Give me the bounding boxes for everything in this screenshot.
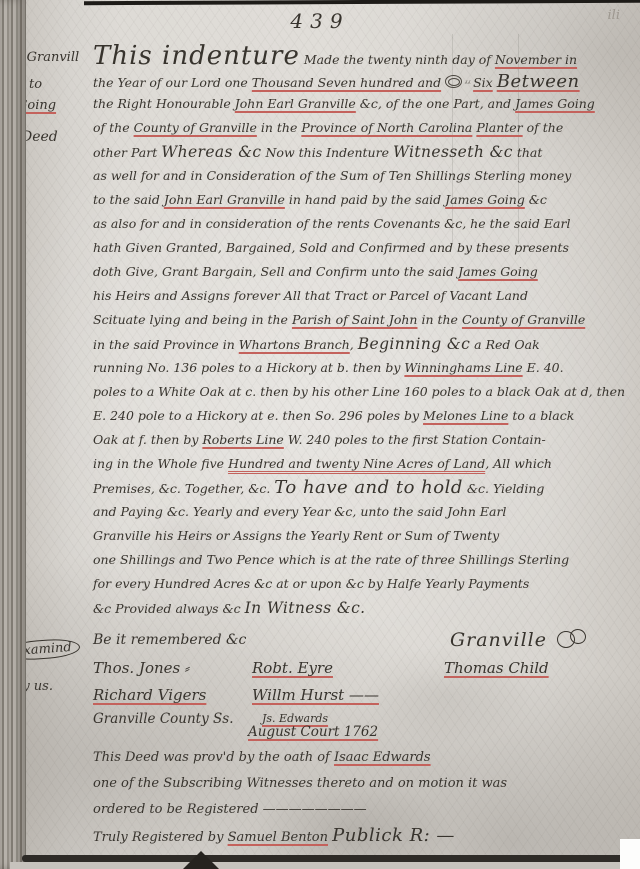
text-run: Thos. Jones ⸗ xyxy=(93,659,190,677)
deed-body-text: This indenture Made the twenty ninth day… xyxy=(93,44,635,620)
text-run: one Shillings and Two Pence which is at … xyxy=(93,552,569,567)
body-line: ing in the Whole five Hundred and twenty… xyxy=(93,452,635,476)
text-run: one of the Subscribing Witnesses thereto… xyxy=(93,776,507,791)
deed-page: 439 ili To GranvilltoGoingDeed This inde… xyxy=(0,0,640,869)
text-run: doth Give, Grant Bargain, Sell and Confi… xyxy=(93,264,458,279)
granville-signature-text: Granville xyxy=(450,625,547,655)
body-line: This indenture Made the twenty ninth day… xyxy=(93,44,635,68)
margin-note-line: Going xyxy=(17,98,89,113)
underlined-phrase: Planter xyxy=(476,120,522,135)
underlined-phrase: Hundred and twenty Nine Acres of Land xyxy=(228,456,485,471)
court-date: August Court 1762 xyxy=(248,725,635,739)
body-line: for every Hundred Acres &c at or upon &c… xyxy=(93,572,635,596)
text-run: Granville his Heirs or Assigns the Yearl… xyxy=(93,528,499,543)
body-line: Granville his Heirs or Assigns the Yearl… xyxy=(93,524,635,548)
text-run: for every Hundred Acres &c at or upon &c… xyxy=(93,576,529,591)
underlined-phrase: Parish of Saint John xyxy=(292,312,418,327)
correction-circle-mark xyxy=(445,75,462,88)
text-run: of the xyxy=(93,120,134,135)
text-run: in the xyxy=(417,312,461,327)
text-run: poles to a White Oak at c. then by his o… xyxy=(93,384,625,399)
body-line: hath Given Granted, Bargained, Sold and … xyxy=(93,236,635,260)
text-run: to xyxy=(29,77,42,92)
text-run: E. 240 pole to a Hickory at e. then So. … xyxy=(93,408,423,423)
text-run: Truly Registered by xyxy=(93,830,228,845)
text-run: This Deed was prov'd by the oath of xyxy=(93,750,334,765)
text-run: Made the twenty ninth day of xyxy=(300,52,495,67)
witness-signature: Thos. Jones ⸗ xyxy=(93,655,248,682)
witness-signature: Willm Hurst —— xyxy=(252,682,440,709)
body-line: and Paying &c. Yearly and every Year &c,… xyxy=(93,500,635,524)
text-run: to a black xyxy=(508,408,574,423)
text-run: &c. Yielding xyxy=(463,481,545,496)
display-word: Publick R: — xyxy=(332,825,455,846)
underlined-phrase: County of Granville xyxy=(462,312,585,327)
text-run: Oak at f. then by xyxy=(93,432,202,447)
underlined-phrase: Samuel Benton xyxy=(228,830,328,845)
underlined-phrase: County of Granville xyxy=(134,120,257,135)
body-line: the Year of our Lord one Thousand Seven … xyxy=(93,68,635,92)
display-word: Whereas &c xyxy=(161,143,261,161)
underlined-phrase: John Earl Granville xyxy=(164,192,285,207)
body-line: &c Provided always &c In Witness &c. xyxy=(93,596,635,620)
text-run: , xyxy=(350,337,358,352)
closing-line: one of the Subscribing Witnesses thereto… xyxy=(93,771,635,797)
body-line: doth Give, Grant Bargain, Sell and Confi… xyxy=(93,260,635,284)
underlined-phrase: Robt. Eyre xyxy=(252,659,333,677)
closing-line: This Deed was prov'd by the oath of Isaa… xyxy=(93,745,635,771)
granville-seal-icon xyxy=(557,629,591,651)
text-run: the Right Honourable xyxy=(93,96,235,111)
text-run: ordered to be Registered ———————— xyxy=(93,802,367,817)
county-label: Granville County Ss. xyxy=(93,711,248,739)
underlined-phrase: James Going xyxy=(515,96,595,111)
empty-cell xyxy=(444,682,635,709)
granville-signature: Granville xyxy=(450,625,591,655)
text-run: Now this Indenture xyxy=(262,145,393,160)
witness-signature: Thomas Child xyxy=(444,655,635,682)
text-run: the Year of our Lord one xyxy=(93,75,252,90)
registration-text: This Deed was prov'd by the oath of Isaa… xyxy=(93,745,635,849)
text-run: his Heirs and Assigns forever All that T… xyxy=(93,288,528,303)
text-run: running No. 136 poles to a Hickory at b.… xyxy=(93,360,404,375)
closing-line: Truly Registered by Samuel Benton Public… xyxy=(93,823,635,849)
text-run: Deed xyxy=(21,129,58,145)
body-line: other Part Whereas &c Now this Indenture… xyxy=(93,140,635,164)
text-run: other Part xyxy=(93,145,161,160)
text-run: in the said Province in xyxy=(93,337,239,352)
text-run: of the xyxy=(523,120,564,135)
body-line: Premises, &c. Together, &c. To have and … xyxy=(93,476,635,500)
text-run: , All which xyxy=(485,456,552,471)
underlined-phrase: Thousand Seven hundred and xyxy=(252,75,441,90)
body-line: to the said John Earl Granville in hand … xyxy=(93,188,635,212)
underlined-phrase: James Going xyxy=(445,192,525,207)
page-number: 439 xyxy=(0,9,640,33)
underlined-phrase: Six xyxy=(473,75,493,90)
closing-line: ordered to be Registered ———————— xyxy=(93,797,635,823)
underlined-phrase: Isaac Edwards xyxy=(334,750,431,765)
clerk-signature: Js. Edwards xyxy=(262,713,328,725)
underlined-phrase: John Earl Granville xyxy=(235,96,356,111)
text-run: as also for and in consideration of the … xyxy=(93,216,570,231)
underlined-phrase: Whartons Branch xyxy=(239,337,350,352)
body-line: as also for and in consideration of the … xyxy=(93,212,635,236)
underlined-phrase: Melones Line xyxy=(423,408,508,423)
scan-shadow-bottom xyxy=(10,862,640,869)
text-run: to the said xyxy=(93,192,164,207)
body-line: Oak at f. then by Roberts Line W. 240 po… xyxy=(93,428,635,452)
display-word: To have and to hold xyxy=(274,477,463,498)
scan-edge-bottom xyxy=(22,855,626,862)
underlined-phrase: Between xyxy=(497,71,580,92)
witness-signature: Robt. Eyre xyxy=(252,655,440,682)
text-run: E. 40. xyxy=(523,360,564,375)
witness-signature: Richard Vigers xyxy=(93,682,248,709)
witness-signatures: Thos. Jones ⸗Robt. EyreThomas ChildRicha… xyxy=(93,655,635,709)
underlined-phrase: Thomas Child xyxy=(444,659,549,677)
margin-note-line: Deed xyxy=(21,129,89,145)
body-line: running No. 136 poles to a Hickory at b.… xyxy=(93,356,635,380)
text-run: Premises, &c. Together, &c. xyxy=(93,481,274,496)
text-run: as well for and in Consideration of the … xyxy=(93,168,571,183)
court-clerk-and-date: Js. Edwards August Court 1762 xyxy=(248,711,635,739)
body-line: one Shillings and Two Pence which is at … xyxy=(93,548,635,572)
text-run: &c xyxy=(525,192,547,207)
body-line: E. 240 pole to a Hickory at e. then So. … xyxy=(93,404,635,428)
scan-edge-top xyxy=(84,0,640,5)
text-run: in the xyxy=(257,120,301,135)
body-line: the Right Honourable John Earl Granville… xyxy=(93,92,635,116)
body-line: Scituate lying and being in the Parish o… xyxy=(93,308,635,332)
book-binding-edge xyxy=(0,0,26,869)
underlined-phrase: Roberts Line xyxy=(202,432,283,447)
text-run: ing in the Whole five xyxy=(93,456,228,471)
text-run: &c, of the one Part, and xyxy=(356,96,515,111)
underlined-phrase: James Going xyxy=(458,264,538,279)
text-run: that xyxy=(513,145,543,160)
body-line: as well for and in Consideration of the … xyxy=(93,164,635,188)
body-line: his Heirs and Assigns forever All that T… xyxy=(93,284,635,308)
display-word: This indenture xyxy=(93,41,300,71)
underlined-phrase: Willm Hurst —— xyxy=(252,686,379,704)
display-word: Witnesseth &c xyxy=(393,143,513,161)
witness-row: Be it remembered &c Granville xyxy=(93,625,635,655)
underlined-phrase: Richard Vigers xyxy=(93,686,206,704)
body-line: in the said Province in Whartons Branch,… xyxy=(93,332,635,356)
corner-pencil-mark: ili xyxy=(608,8,620,23)
text-run: in hand paid by the said xyxy=(285,192,445,207)
text-run: W. 240 poles to the first Station Contai… xyxy=(284,432,546,447)
display-word: In Witness &c. xyxy=(245,599,366,617)
text-run: and Paying &c. Yearly and every Year &c,… xyxy=(93,504,506,519)
text-run: hath Given Granted, Bargained, Sold and … xyxy=(93,240,569,255)
body-line: of the County of Granville in the Provin… xyxy=(93,116,635,140)
witness-block: Be it remembered &c Granville Thos. Jone… xyxy=(93,625,635,849)
text-run: Scituate lying and being in the xyxy=(93,312,292,327)
remember-line: Be it remembered &c xyxy=(93,625,246,655)
underlined-phrase: Winninghams Line xyxy=(404,360,522,375)
body-line: poles to a White Oak at c. then by his o… xyxy=(93,380,635,404)
text-run: a Red Oak xyxy=(470,337,539,352)
display-word: Beginning &c xyxy=(358,335,470,353)
text-run: &c Provided always &c xyxy=(93,601,245,616)
insertion-tick-marks: ⁁⁁ xyxy=(465,75,471,84)
underlined-phrase: November in xyxy=(495,52,577,67)
underlined-phrase: Province of North Carolina xyxy=(301,120,472,135)
court-line: Granville County Ss. Js. Edwards August … xyxy=(93,711,635,739)
margin-note-line: to xyxy=(29,77,89,92)
scan-corner-notch xyxy=(620,839,640,869)
